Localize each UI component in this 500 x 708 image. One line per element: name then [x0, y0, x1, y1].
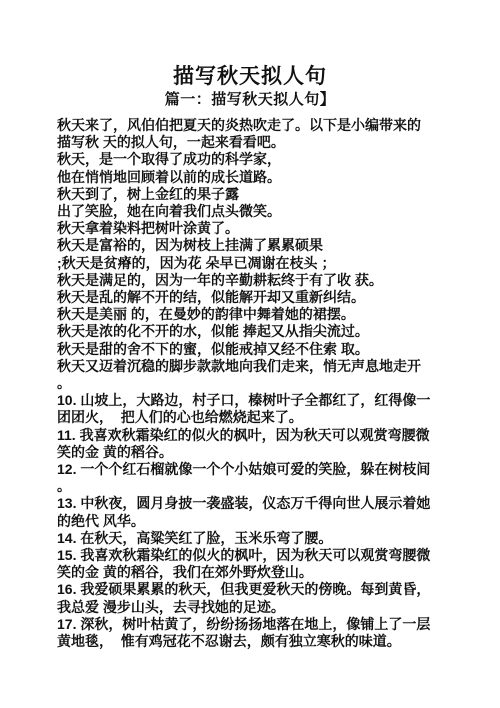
text-line: 团团火， 把人们的心也给燃烧起来了。 — [57, 409, 449, 426]
text-line: 13. 中秋夜，圆月身披一袭盛装，仪态万千得向世人展示着她 — [57, 495, 449, 512]
text-line: 我总爱 漫步山头，去寻找她的足迹。 — [57, 599, 449, 616]
page-title: 描写秋天拟人句 — [0, 60, 500, 90]
text-line: 描写秋 天的拟人句，一起来看看吧。 — [57, 134, 449, 151]
text-line: 笑的金 黄的稻谷，我们在郊外野炊登山。 — [57, 564, 449, 581]
text-line: 的绝代 风华。 — [57, 513, 449, 530]
text-line: 16. 我爱硕果累累的秋天，但我更爱秋天的傍晚。每到黄昏， — [57, 581, 449, 598]
text-line: 秋天，是一个取得了成功的科学家， — [57, 151, 449, 168]
text-line: 10. 山坡上，大路边，村子口，榛树叶子全都红了，红得像一 — [57, 392, 449, 409]
text-line: 15. 我喜欢秋霜染红的似火的枫叶，因为秋天可以观赏弯腰微 — [57, 547, 449, 564]
text-line: 17. 深秋，树叶枯黄了，纷纷扬扬地落在地上，像铺上了一层 — [57, 616, 449, 633]
text-line: 14. 在秋天，高粱笑红了脸，玉米乐弯了腰。 — [57, 530, 449, 547]
text-line: 秋天又迈着沉稳的脚步款款地向我们走来，悄无声息地走开 — [57, 358, 449, 375]
text-line: 秋天是满足的，因为一年的辛勤耕耘终于有了收 获。 — [57, 272, 449, 289]
text-line: ;秋天是贫瘠的，因为花 朵早已凋谢在枝头 ； — [57, 255, 449, 272]
text-line: 秋天拿着染料把树叶涂黄了。 — [57, 220, 449, 237]
text-line: 秋天是富裕的，因为树枝上挂满了累累硕果 — [57, 237, 449, 254]
text-line: 秋天到了，树上金红的果子露 — [57, 186, 449, 203]
text-line: 。 — [57, 478, 449, 495]
text-line: 他在悄悄地回顾着以前的成长道路。 — [57, 169, 449, 186]
text-line: 11. 我喜欢秋霜染红的似火的枫叶，因为秋天可以观赏弯腰微 — [57, 427, 449, 444]
section-subtitle: 篇一：描写秋天拟人句】 — [0, 88, 500, 109]
text-line: 秋天是浓的化不开的水，似能 捧起又从指尖流过。 — [57, 323, 449, 340]
text-line: 秋天是美丽 的，在曼妙的韵律中舞着她的裙摆。 — [57, 306, 449, 323]
text-line: 黄地毯， 惟有鸡冠花不忍谢去，颇有独立寒秋的味道。 — [57, 633, 449, 650]
text-line: 出了笑脸，她在向着我们点头微笑。 — [57, 203, 449, 220]
text-line: 秋天是甜的舍不下的蜜，似能戒掉又经不住索 取。 — [57, 341, 449, 358]
text-line: 笑的金 黄的稻谷。 — [57, 444, 449, 461]
document-page: 描写秋天拟人句 篇一：描写秋天拟人句】 秋天来了，风伯伯把夏天的炎热吹走了。以下… — [0, 0, 500, 708]
text-line: 秋天是乱的解不开的结，似能解开却又重新纠结。 — [57, 289, 449, 306]
text-line: 秋天来了，风伯伯把夏天的炎热吹走了。以下是小编带来的 — [57, 117, 449, 134]
text-line: 。 — [57, 375, 449, 392]
document-body: 秋天来了，风伯伯把夏天的炎热吹走了。以下是小编带来的 描写秋 天的拟人句，一起来… — [57, 117, 449, 650]
text-line: 12. 一个个红石榴就像一个个小姑娘可爱的笑脸，躲在树枝间 — [57, 461, 449, 478]
